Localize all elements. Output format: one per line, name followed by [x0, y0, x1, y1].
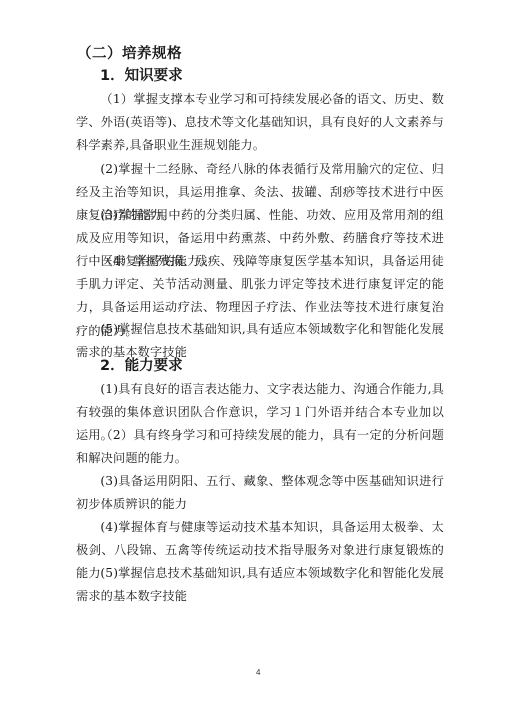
subsection-title-knowledge: 1．知识要求: [100, 64, 183, 85]
knowledge-item-1: （1）掌握支撑本专业学习和可持续发展必备的语文、历史、数学、外语(英语等)、息技…: [76, 88, 444, 158]
ability-item-3: (3)具备运用阴阳、五行、藏象、整体观念等中医基础知识进行初步体质辨识的能力: [76, 470, 444, 516]
section-title: （二）培养规格: [77, 42, 182, 63]
ability-item-5: (5)掌握信息技术基础知识,具有适应本领域数字化和智能化发展需求的基本数字技能: [76, 562, 444, 608]
page-number: 4: [256, 668, 260, 677]
subsection-title-ability: 2．能力要求: [100, 354, 183, 375]
document-page: （二）培养规格 1．知识要求 （1）掌握支撑本专业学习和可持续发展必备的语文、历…: [0, 0, 520, 704]
ability-item-2: （2）具有终身学习和可持续发展的能力，具有一定的分析问题和解决问题的能力。: [76, 424, 444, 470]
